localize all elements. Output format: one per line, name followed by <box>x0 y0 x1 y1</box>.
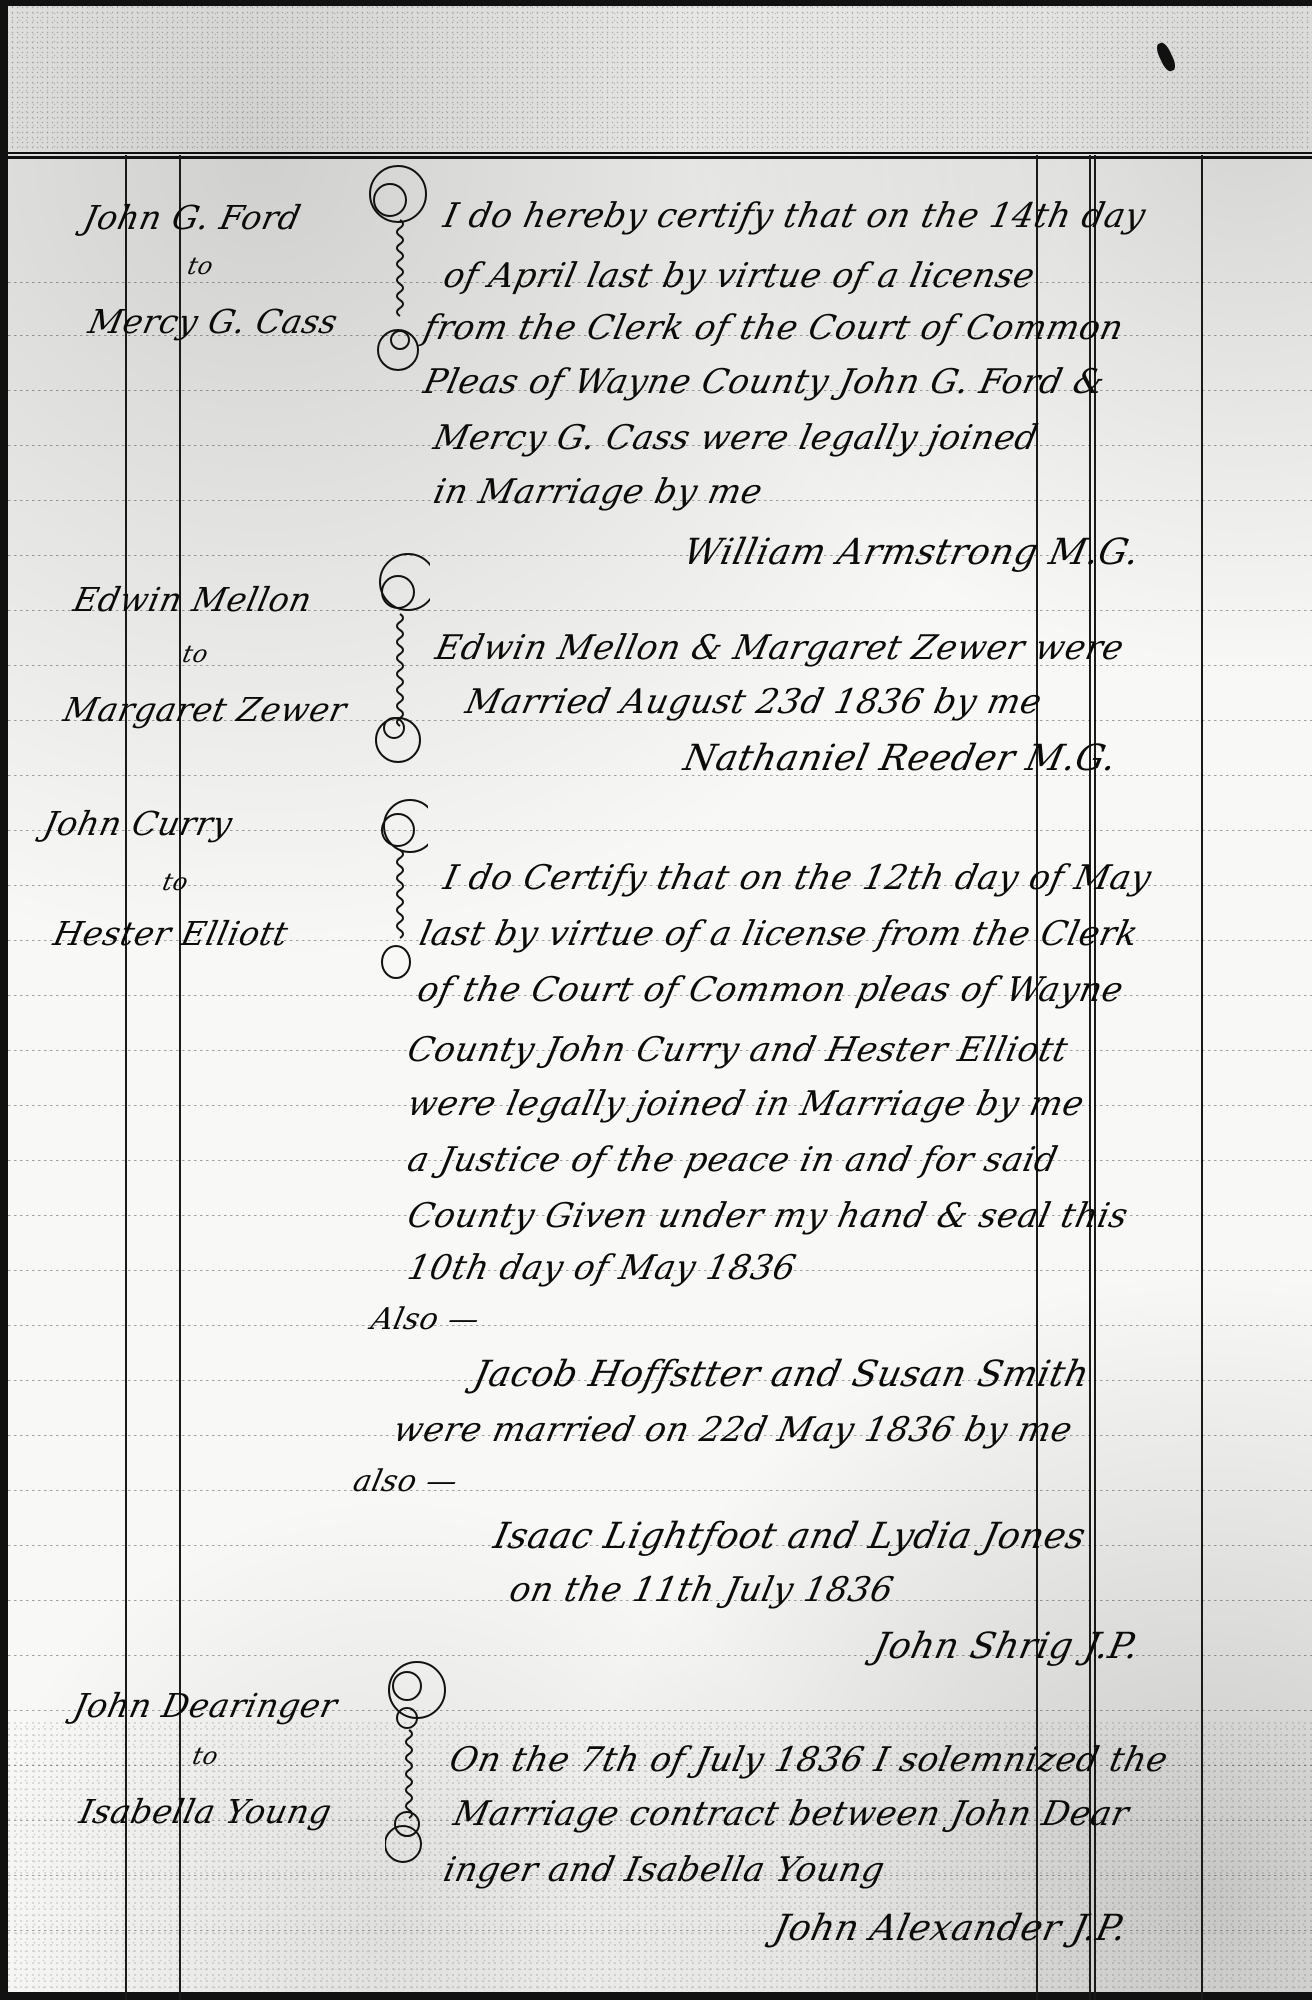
officiant-signature: John Shrig J.P. <box>870 1626 1143 1667</box>
body-line: were legally joined in Marriage by me <box>404 1084 1088 1124</box>
addendum-line: were married on 22d May 1836 by me <box>390 1410 1076 1450</box>
body-line: County Given under my hand & seal this <box>404 1196 1132 1236</box>
officiant-signature: Nathaniel Reeder M.G. <box>680 738 1120 779</box>
scan-border-bottom <box>0 1992 1312 2000</box>
officiant-signature: John Alexander J.P. <box>770 1908 1130 1949</box>
body-line: Married August 23d 1836 by me <box>462 682 1046 722</box>
ruled-line <box>8 1325 1312 1326</box>
body-line: Marriage contract between John Dear <box>450 1794 1133 1834</box>
header-rule-top <box>8 152 1312 154</box>
body-line: last by virtue of a license from the Cle… <box>416 914 1142 954</box>
body-line: from the Clerk of the Court of Common <box>420 308 1127 348</box>
groom-name: Edwin Mellon <box>70 580 316 619</box>
body-line: of the Court of Common pleas of Wayne <box>414 970 1127 1010</box>
scroll-brace-icon <box>360 160 430 390</box>
scan-border-top <box>0 0 1312 6</box>
register-page: John G. Ford to Mercy G. Cass I do hereb… <box>0 0 1312 2000</box>
body-line: in Marriage by me <box>430 472 766 512</box>
scroll-brace-icon <box>360 548 430 773</box>
column-rule <box>1201 155 1203 2000</box>
groom-name: John G. Ford <box>80 198 304 237</box>
body-line: 10th day of May 1836 <box>404 1248 800 1288</box>
body-line: I do hereby certify that on the 14th day <box>440 196 1149 236</box>
body-line: a Justice of the peace in and for said <box>404 1140 1061 1180</box>
body-line: Pleas of Wayne County John G. Ford & <box>420 362 1109 402</box>
also-label: Also — <box>368 1302 483 1337</box>
scroll-brace-icon <box>385 1660 455 1870</box>
also-label: also — <box>350 1464 461 1499</box>
ruled-line <box>8 775 1312 776</box>
officiant-signature: William Armstrong M.G. <box>680 532 1143 573</box>
bride-name: Hester Elliott <box>50 914 292 953</box>
scroll-brace-icon <box>358 790 428 990</box>
scan-noise-top <box>0 0 1312 150</box>
connector-to: to <box>185 252 216 280</box>
groom-name: John Curry <box>40 804 236 843</box>
connector-to: to <box>160 868 191 896</box>
bride-name: Isabella Young <box>76 1792 335 1831</box>
connector-to: to <box>180 640 211 668</box>
bride-name: Margaret Zewer <box>60 690 350 729</box>
scan-border-left <box>0 0 8 2000</box>
groom-name: John Dearinger <box>70 1686 341 1725</box>
ruled-line <box>8 1490 1312 1491</box>
body-line: I do Certify that on the 12th day of May <box>440 858 1155 898</box>
header-rule-bottom <box>8 156 1312 159</box>
column-rule <box>1094 155 1096 2000</box>
addendum-line: Isaac Lightfoot and Lydia Jones <box>490 1516 1089 1557</box>
body-line: inger and Isabella Young <box>440 1850 888 1890</box>
body-line: Edwin Mellon & Margaret Zewer were <box>432 628 1128 668</box>
body-line: County John Curry and Hester Elliott <box>404 1030 1072 1070</box>
addendum-line: Jacob Hoffstter and Susan Smith <box>470 1354 1093 1395</box>
column-rule <box>1089 155 1091 2000</box>
body-line: On the 7th of July 1836 I solemnized the <box>446 1740 1172 1780</box>
body-line: of April last by virtue of a license <box>440 256 1038 296</box>
bride-name: Mercy G. Cass <box>85 302 341 341</box>
body-line: Mercy G. Cass were legally joined <box>430 418 1042 458</box>
addendum-line: on the 11th July 1836 <box>506 1570 897 1610</box>
